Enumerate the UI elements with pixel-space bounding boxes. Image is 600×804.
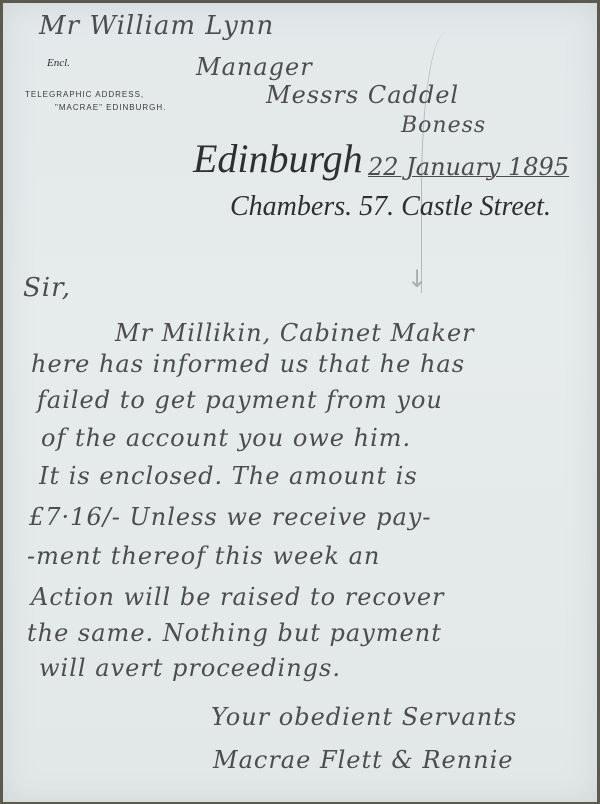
telegraphic-address-value: "MACRAE" EDINBURGH. xyxy=(55,103,166,112)
body-line: It is enclosed. The amount is xyxy=(39,462,418,490)
letterhead-address: Chambers. 57. Castle Street. xyxy=(230,191,551,223)
salutation: Sir, xyxy=(23,273,71,303)
recipient-name: Mr William Lynn xyxy=(39,11,274,41)
body-line: -ment thereof this week an xyxy=(27,542,380,570)
recipient-place: Boness xyxy=(401,113,486,138)
body-line: of the account you owe him. xyxy=(41,424,411,452)
closing: Your obedient Servants xyxy=(211,703,517,731)
telegraphic-address-label: TELEGRAPHIC ADDRESS, xyxy=(25,90,144,99)
recipient-firm: Messrs Caddel xyxy=(266,81,459,109)
body-line: £7·16/- Unless we receive pay- xyxy=(29,503,431,531)
body-line: the same. Nothing but payment xyxy=(27,619,442,647)
body-line: Action will be raised to recover xyxy=(31,583,445,611)
enclosure-mark: Encl. xyxy=(47,57,70,69)
letter-page: ↓ Mr William Lynn Manager Messrs Caddel … xyxy=(3,3,597,802)
signature: Macrae Flett & Rennie xyxy=(213,746,513,774)
body-line: here has informed us that he has xyxy=(31,350,465,378)
body-line: will avert proceedings. xyxy=(39,654,341,682)
letterhead-city: Edinburgh xyxy=(193,135,363,182)
body-line: Mr Millikin, Cabinet Maker xyxy=(115,319,475,347)
letter-date: 22 January 1895 xyxy=(368,153,569,181)
body-line: failed to get payment from you xyxy=(37,386,443,414)
recipient-title: Manager xyxy=(196,53,313,81)
pencil-arrow-icon: ↓ xyxy=(407,265,429,287)
